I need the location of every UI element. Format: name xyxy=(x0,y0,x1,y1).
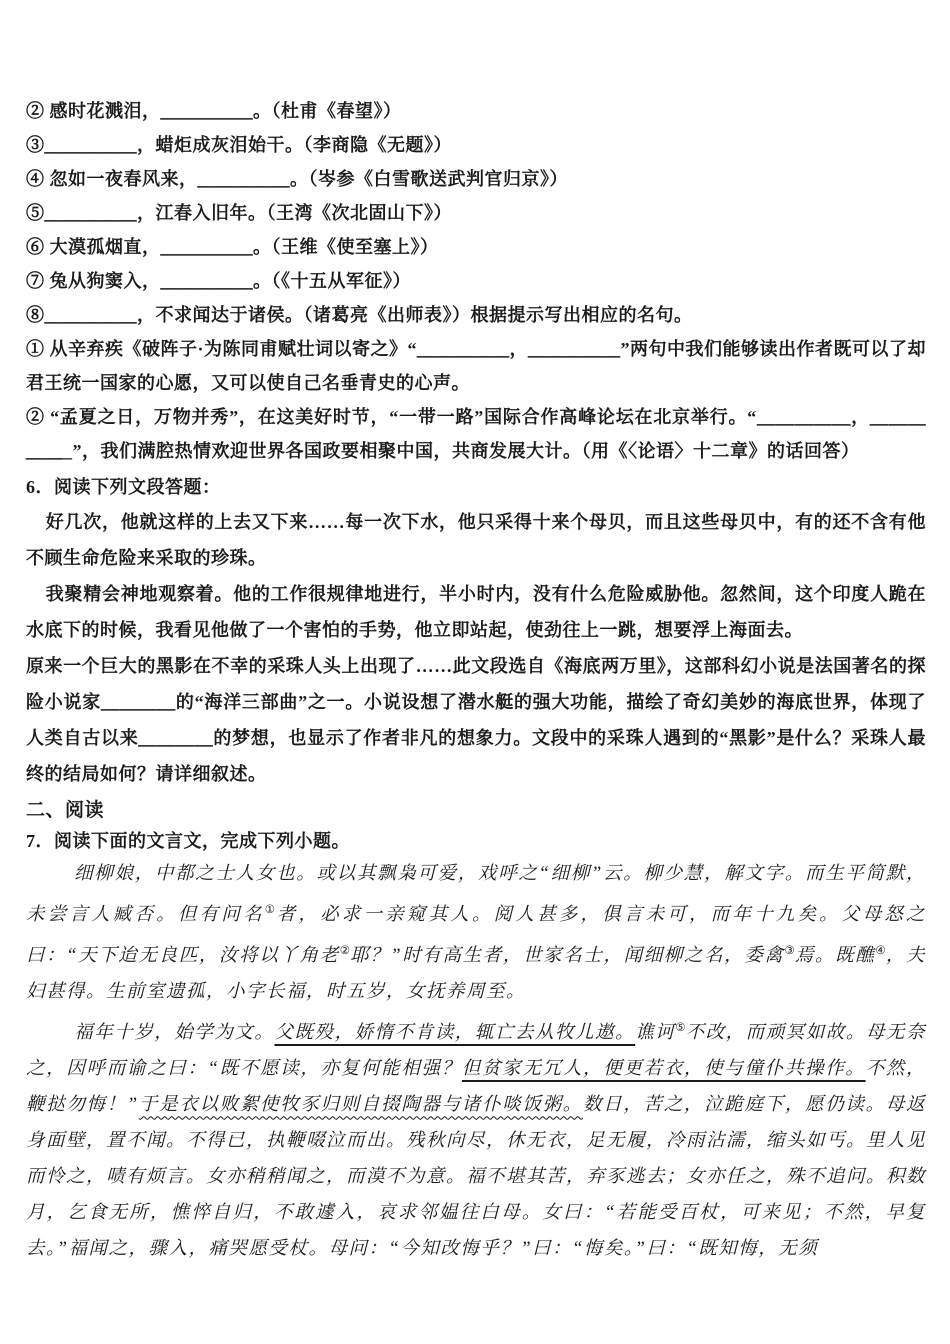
classical-text-run: ② xyxy=(340,945,350,957)
classical-passage: 细柳娘，中都之士人女也。或以其飘枭可爱，戏呼之“细柳”云。柳少慧，解文字。而生平… xyxy=(26,856,926,1267)
classical-text-run: 耶？”时有高生者，世家名士，闻细柳之名，委禽 xyxy=(350,946,784,966)
recitation-item-4: ④ 忽如一夜春风来，＿＿＿＿＿。（岑参《白雪歌送武判官归京》） xyxy=(26,162,926,196)
recitation-item-3: ③＿＿＿＿＿，蜡炬成灰泪始干。（李商隐《无题》） xyxy=(26,128,926,162)
classical-paragraph-1: 细柳娘，中都之士人女也。或以其飘枭可爱，戏呼之“细柳”云。柳少慧，解文字。而生平… xyxy=(26,856,926,1010)
recitation-item-7: ⑦ 兔从狗窦入，＿＿＿＿＿。（《十五从军征》） xyxy=(26,264,926,298)
classical-text-run: 数日，苦之，泣跪庭下，愿仍读。母返身面壁，置不闻。不得已，执鞭啜泣而出。残秋向尽… xyxy=(26,1095,926,1259)
recitation-fill-in-section: ② 感时花溅泪，＿＿＿＿＿。（杜甫《春望》） ③＿＿＿＿＿，蜡炬成灰泪始干。（李… xyxy=(26,94,926,468)
recitation-item-8: ⑧＿＿＿＿＿，不求闻达于诸侯。（诸葛亮《出师表》）根据提示写出相应的名句。 xyxy=(26,298,926,332)
classical-text-run: 但贫家无冗人，便更若衣，使与僮仆共操作。 xyxy=(462,1059,866,1079)
classical-text-run: ⑤ xyxy=(675,1022,685,1034)
classical-text-run: 福年十岁，始学为文。 xyxy=(74,1023,274,1043)
classical-text-run: 于是衣以败絮使牧豕归则自掇陶器与诸仆啖饭粥。 xyxy=(139,1095,583,1115)
question-6-excerpt: 好几次，他就这样的上去又下来……每一次下水，他只采得十来个母贝，而且这些母贝中，… xyxy=(26,504,926,792)
question-7-label: 7．阅读下面的文言文，完成下列小题。 xyxy=(26,826,926,856)
excerpt-paragraph-1: 好几次，他就这样的上去又下来……每一次下水，他只采得十来个母贝，而且这些母贝中，… xyxy=(26,504,926,576)
classical-text-run: 焉。既醮 xyxy=(795,946,875,966)
recitation-prompt-1: ① 从辛弃疾《破阵子·为陈同甫赋壮词以寄之》“＿＿＿＿＿，＿＿＿＿＿”两句中我们… xyxy=(26,332,926,400)
question-6-label: 6．阅读下列文段答题： xyxy=(26,470,926,504)
recitation-item-5: ⑤＿＿＿＿＿，江春入旧年。（王湾《次北固山下》） xyxy=(26,196,926,230)
classical-text-run: ① xyxy=(265,904,277,916)
classical-paragraph-2: 福年十岁，始学为文。父既殁，娇惰不肯读，辄亡去从牧儿遨。谯诃⑤不改，而顽冥如故。… xyxy=(26,1010,926,1267)
reading-section-heading: 二、阅读 xyxy=(26,796,926,826)
exam-document-page: ② 感时花溅泪，＿＿＿＿＿。（杜甫《春望》） ③＿＿＿＿＿，蜡炬成灰泪始干。（李… xyxy=(0,0,950,1344)
recitation-prompt-2: ② “孟夏之日，万物并秀”，在这美好时节，“一带一路”国际合作高峰论坛在北京举行… xyxy=(26,400,926,468)
classical-text-run: ④ xyxy=(875,945,885,957)
recitation-item-6: ⑥ 大漠孤烟直，＿＿＿＿＿。（王维《使至塞上》） xyxy=(26,230,926,264)
excerpt-paragraph-3: 原来一个巨大的黑影在不幸的采珠人头上出现了……此文段选自《海底两万里》，这部科幻… xyxy=(26,648,926,792)
recitation-item-2: ② 感时花溅泪，＿＿＿＿＿。（杜甫《春望》） xyxy=(26,94,926,128)
excerpt-paragraph-2: 我聚精会神地观察着。他的工作很规律地进行，半小时内，没有什么危险威胁他。忽然间，… xyxy=(26,576,926,648)
classical-text-run: 谯诃 xyxy=(635,1023,675,1043)
classical-text-run: ③ xyxy=(785,945,795,957)
classical-text-run: 父既殁，娇惰不肯读，辄亡去从牧儿遨。 xyxy=(274,1023,635,1043)
